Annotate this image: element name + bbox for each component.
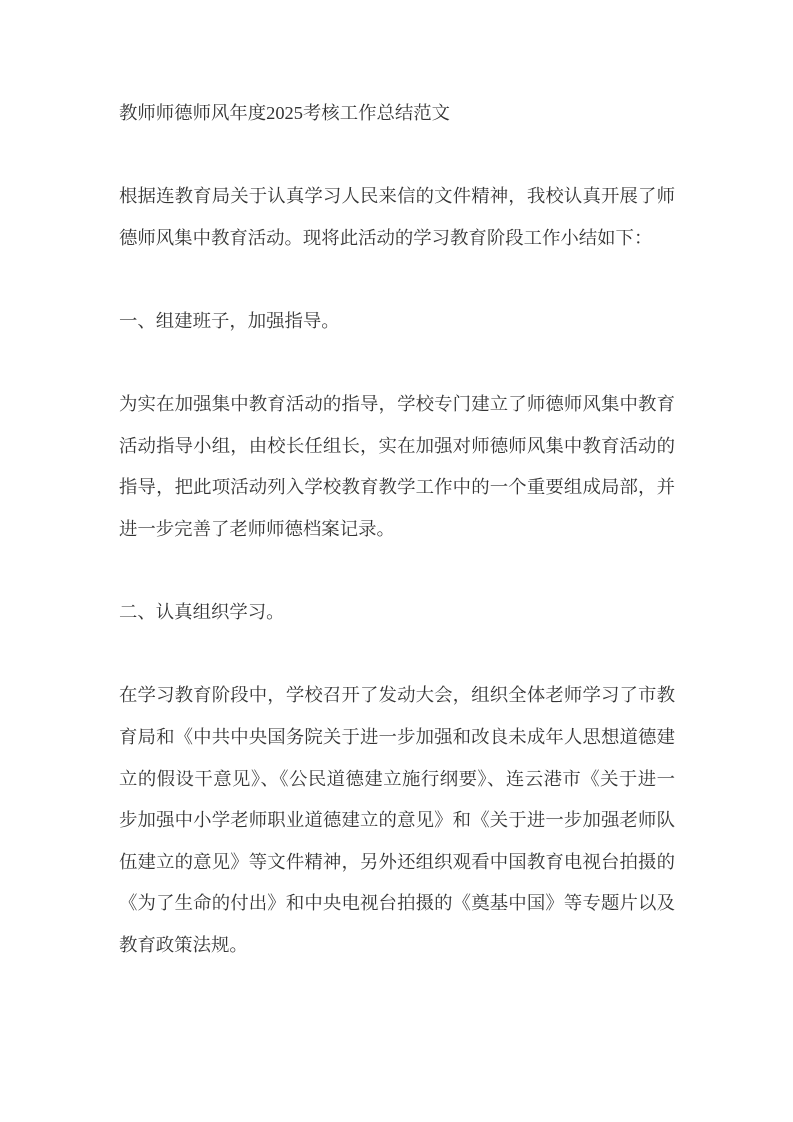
paragraph-section-2: 在学习教育阶段中，学校召开了发动大会，组织全体老师学习了市教育局和《中共中央国务…: [119, 675, 675, 966]
section-heading-1: 一、组建班子，加强指导。: [119, 301, 675, 343]
paragraph-intro: 根据连教育局关于认真学习人民来信的文件精神，我校认真开展了师德师风集中教育活动。…: [119, 176, 675, 259]
paragraph-section-1: 为实在加强集中教育活动的指导，学校专门建立了师德师风集中教育活动指导小组，由校长…: [119, 384, 675, 550]
document-content: 教师师德师风年度2025考核工作总结范文 根据连教育局关于认真学习人民来信的文件…: [119, 93, 675, 966]
document-title: 教师师德师风年度2025考核工作总结范文: [119, 93, 675, 135]
document-page: 教师师德师风年度2025考核工作总结范文 根据连教育局关于认真学习人民来信的文件…: [0, 0, 793, 1122]
section-heading-2: 二、认真组织学习。: [119, 592, 675, 634]
